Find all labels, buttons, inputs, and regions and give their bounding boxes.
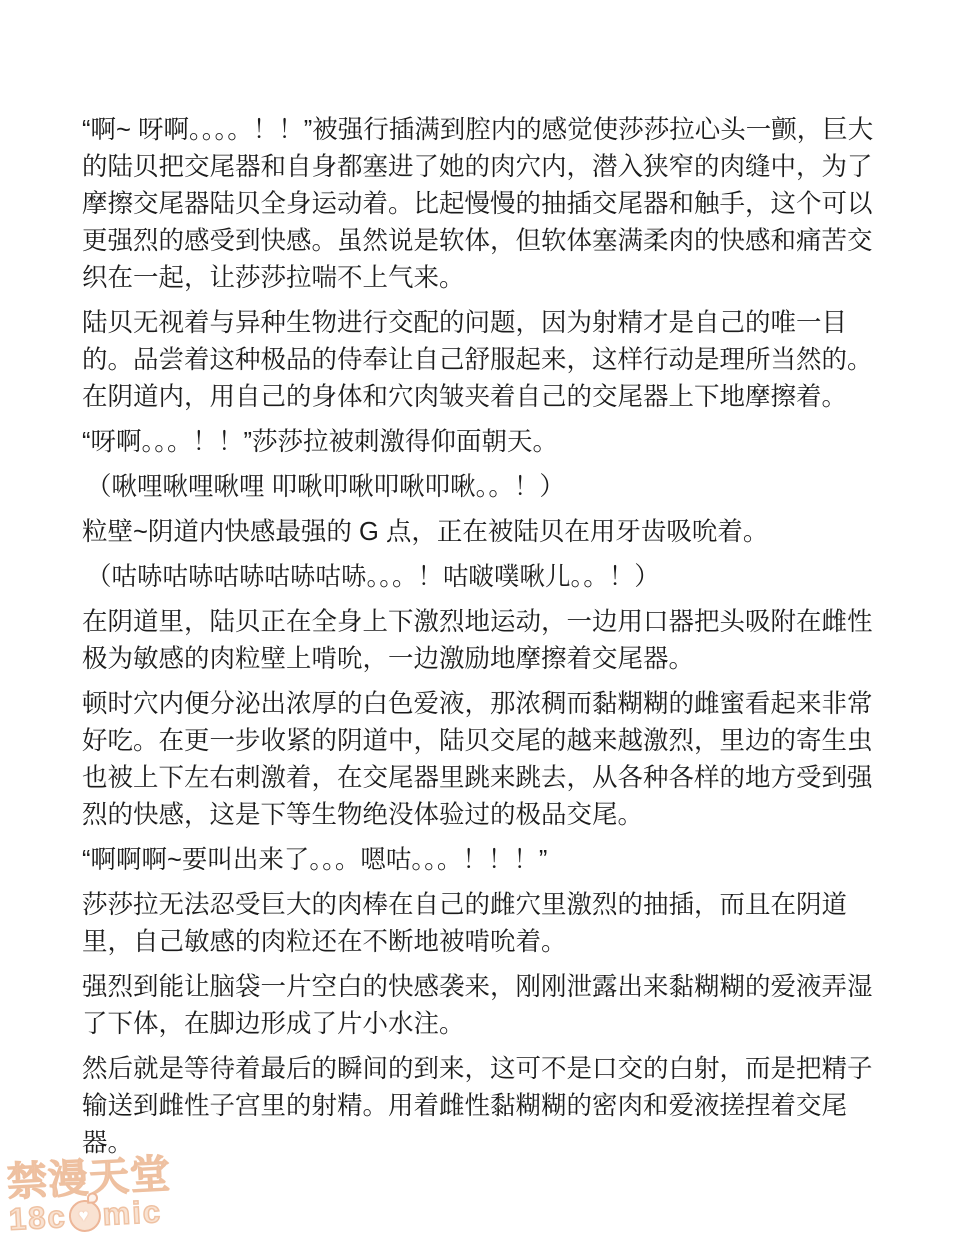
paragraph-narration: 强烈到能让脑袋一片空白的快感袭来，刚刚泄露出来黏糊糊的爱液弄湿了下体，在脚边形成… xyxy=(82,969,890,1043)
watermark-en-suffix: mic xyxy=(102,1195,163,1232)
paragraph-dialogue: “啊~ 呀啊。。。。！！”被强行插满到腔内的感觉使莎莎拉心头一颤，巨大的陆贝把交… xyxy=(82,112,890,297)
story-text: “啊~ 呀啊。。。。！！”被强行插满到腔内的感觉使莎莎拉心头一颤，巨大的陆贝把交… xyxy=(82,112,890,1162)
paragraph-narration: 然后就是等待着最后的瞬间的到来，这可不是口交的白射，而是把精子输送到雌性子宫里的… xyxy=(82,1051,890,1162)
watermark: 禁漫天堂 18c ♥ mic xyxy=(6,1153,174,1236)
whale-mascot-icon: ♥ xyxy=(68,1199,102,1233)
heart-icon: ♥ xyxy=(70,1201,99,1230)
watermark-en-prefix: 18c xyxy=(8,1200,67,1237)
text-page: “啊~ 呀啊。。。。！！”被强行插满到腔内的感觉使莎莎拉心头一颤，巨大的陆贝把交… xyxy=(0,0,960,1242)
paragraph-sfx: （啾哩啾哩啾哩 叩啾叩啾叩啾叩啾。。！） xyxy=(82,469,890,506)
paragraph-narration: 顿时穴内便分泌出浓厚的白色爱液，那浓稠而黏糊糊的雌蜜看起来非常好吃。在更一步收紧… xyxy=(82,686,890,834)
paragraph-narration: 粒壁~阴道内快感最强的 G 点，正在被陆贝在用牙齿吸吮着。 xyxy=(82,514,890,551)
paragraph-sfx: （咕哧咕哧咕哧咕哧咕哧。。。！咕啵噗啾儿。。！） xyxy=(82,559,890,596)
paragraph-narration: 陆贝无视着与异种生物进行交配的问题，因为射精才是自己的唯一目的。品尝着这种极品的… xyxy=(82,305,890,416)
paragraph-narration: 莎莎拉无法忍受巨大的肉棒在自己的雌穴里激烈的抽插，而且在阴道里，自己敏感的肉粒还… xyxy=(82,887,890,961)
paragraph-dialogue: “呀啊。。。！！”莎莎拉被刺激得仰面朝天。 xyxy=(82,424,890,461)
paragraph-dialogue: “啊啊啊~要叫出来了。。。嗯咕。。。！！！” xyxy=(82,842,890,879)
paragraph-narration: 在阴道里，陆贝正在全身上下激烈地运动，一边用口器把头吸附在雌性极为敏感的肉粒壁上… xyxy=(82,604,890,678)
watermark-site-name-en: 18c ♥ mic xyxy=(8,1194,174,1237)
